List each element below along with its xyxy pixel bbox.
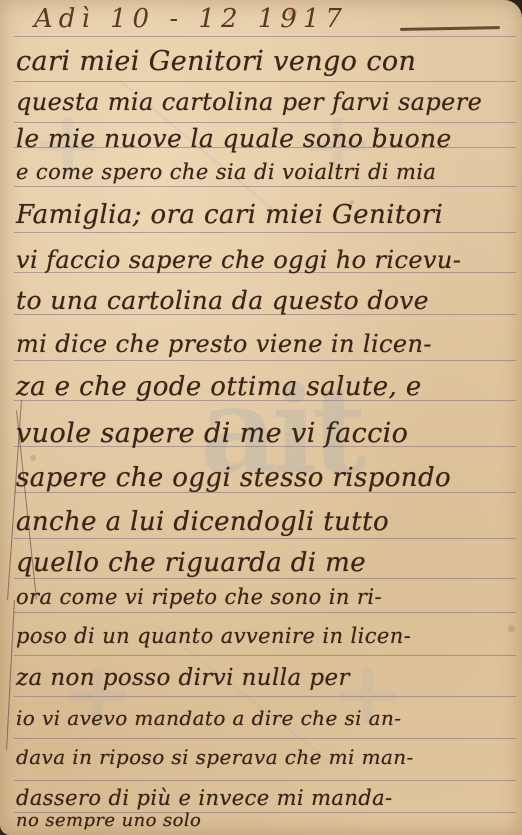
date-line: Adì 10 - 12 1917 <box>34 4 348 34</box>
rule-line <box>14 232 516 233</box>
date-underline <box>400 26 500 31</box>
text-line: le mie nuove la quale sono buone <box>16 124 452 153</box>
rule-line <box>14 655 516 656</box>
text-line: e come spero che sia di voialtri di mia <box>16 160 436 184</box>
text-line: ora come vi ripeto che sono in ri- <box>16 585 382 609</box>
text-line: za non posso dirvi nulla per <box>16 665 350 691</box>
text-line: anche a lui dicendogli tutto <box>16 507 389 537</box>
text-line: Famiglia; ora cari miei Genitori <box>16 200 443 230</box>
text-line: mi dice che presto viene in licen- <box>16 330 432 358</box>
text-line: dassero di più e invece mi manda- <box>16 786 393 810</box>
text-line: cari miei Genitori vengo con <box>16 46 416 77</box>
rule-line <box>14 186 516 187</box>
postcard: ait + + + + Adì 10 - 12 1917 cari miei G… <box>0 0 522 835</box>
paper-stain <box>30 455 36 461</box>
rule-line <box>14 578 516 579</box>
text-line: poso di un quanto avvenire in licen- <box>16 624 411 648</box>
text-line: za e che gode ottima salute, e <box>16 372 422 402</box>
text-line: quello che riguarda di me <box>16 548 366 578</box>
rule-line <box>14 122 516 123</box>
text-line: sapere che oggi stesso rispondo <box>16 463 451 493</box>
text-line: dava in riposo si sperava che mi man- <box>16 745 414 769</box>
text-line: io vi avevo mandato a dire che si an- <box>16 706 401 730</box>
paper-stain <box>508 625 515 632</box>
margin-line <box>6 600 15 750</box>
rule-line <box>14 36 516 37</box>
text-line: questa mia cartolina per farvi sapere <box>16 88 482 116</box>
rule-line <box>14 780 516 781</box>
rule-line <box>14 612 516 613</box>
text-line: vuole sapere di me vi faccio <box>16 418 408 449</box>
rule-line <box>14 696 516 697</box>
text-line: vi faccio sapere che oggi ho ricevu- <box>16 246 461 274</box>
text-line: no sempre uno solo <box>16 810 201 831</box>
rule-line <box>14 738 516 739</box>
rule-line <box>14 81 516 82</box>
rule-line <box>14 538 516 539</box>
text-line: to una cartolina da questo dove <box>16 286 429 315</box>
rule-line <box>14 360 516 361</box>
